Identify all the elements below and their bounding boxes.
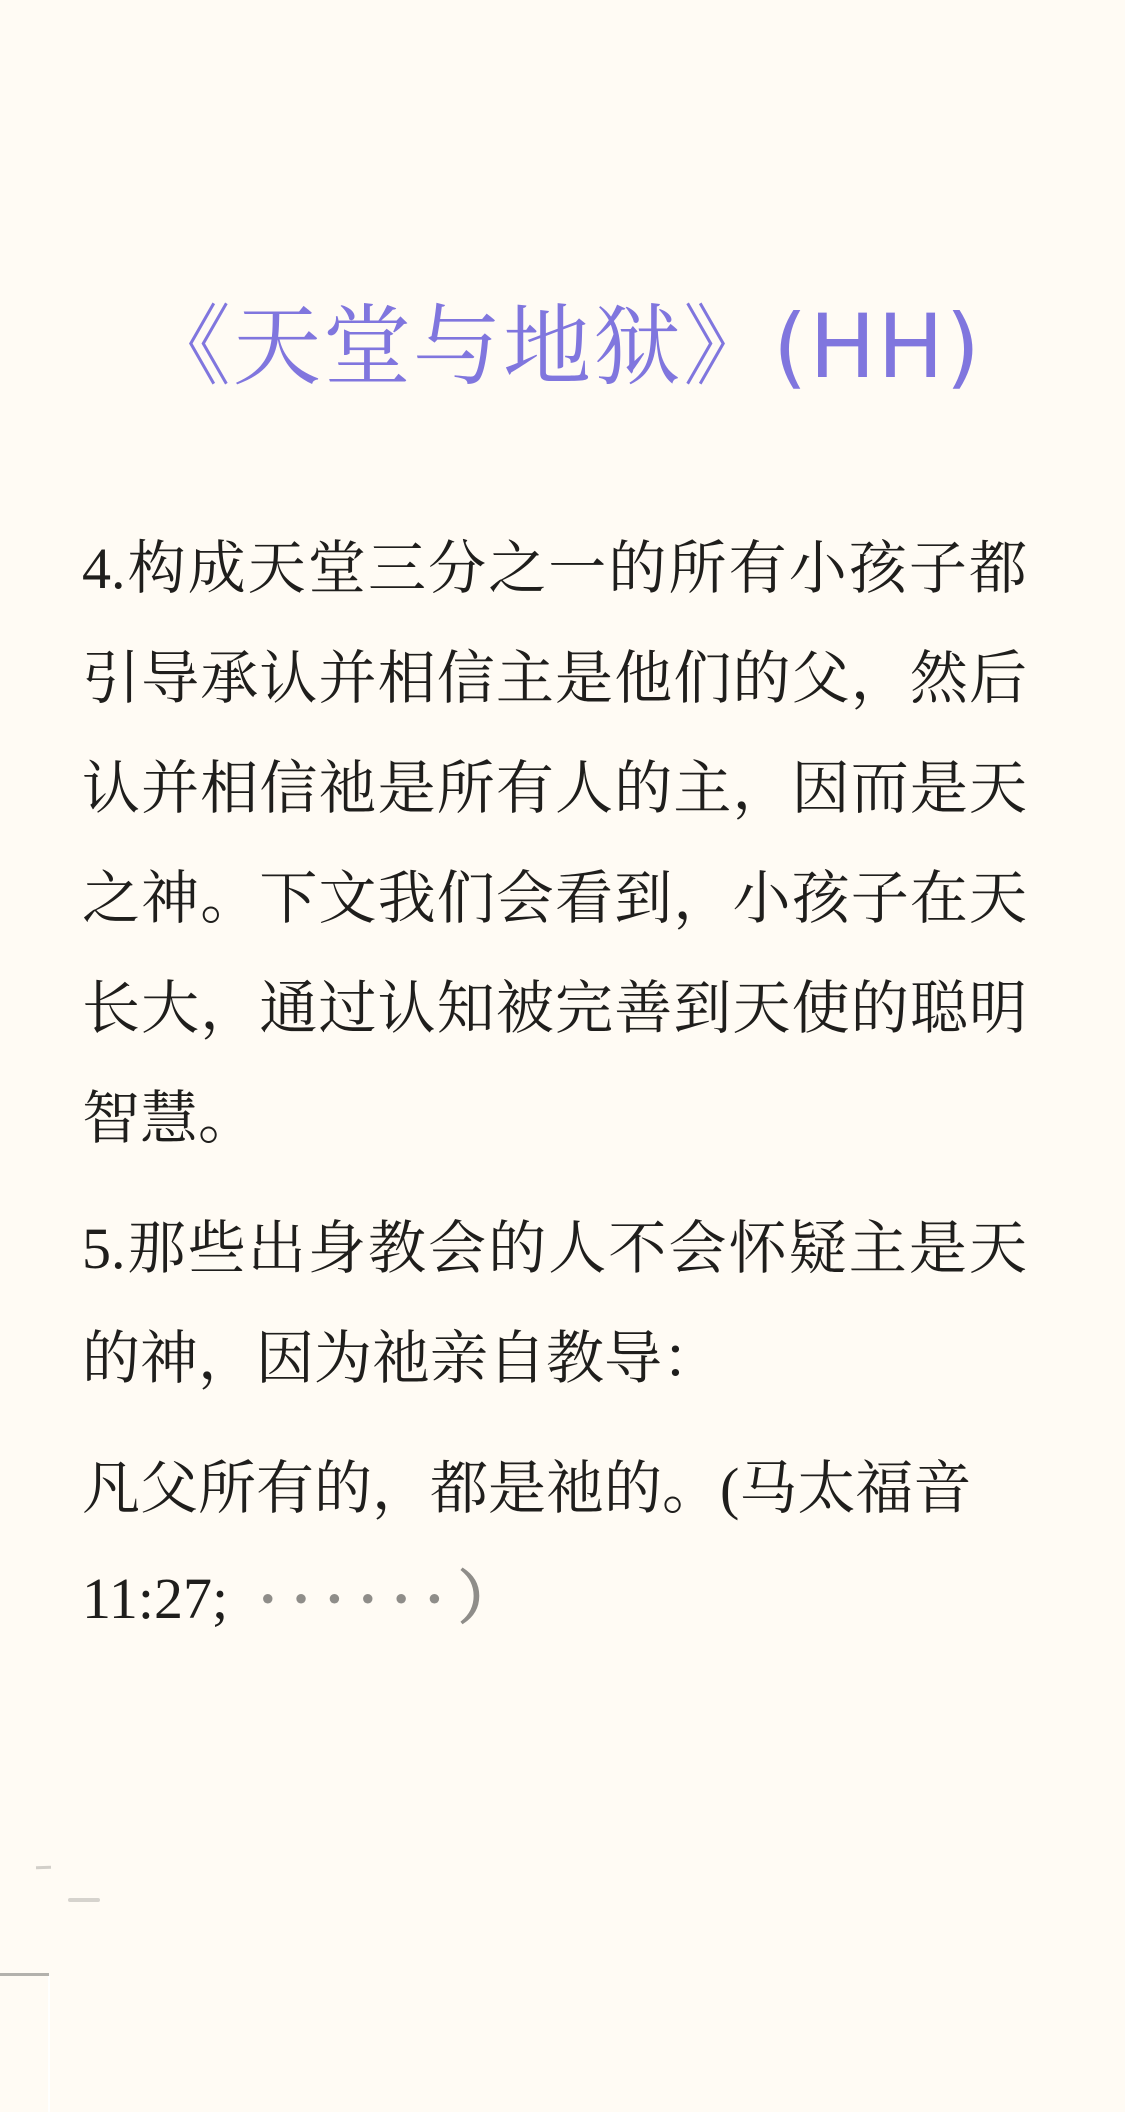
paragraph-4-line: 长大，通过认知被完善到天使的聪明和 <box>82 954 1027 1064</box>
quote-ellipsis: ······） <box>258 1566 530 1631</box>
quote-line: 凡父所有的，都是祂的。(马太福音 <box>82 1434 1027 1544</box>
quote-reference: 11:27; <box>82 1566 228 1631</box>
paragraph-4-line: 引导承认并相信主是他们的父，然后承 <box>82 624 1027 734</box>
quote-reference-line: 11:27;······） <box>82 1544 1027 1654</box>
paragraph-5: 5.那些出身教会的人不会怀疑主是天堂 的神，因为祂亲自教导： <box>82 1194 1027 1414</box>
body-text: 4.构成天堂三分之一的所有小孩子都被 引导承认并相信主是他们的父，然后承 认并相… <box>82 514 1027 1654</box>
scan-edge-line-artifact <box>0 1973 49 1976</box>
page-title: 《天堂与地狱》(HH) <box>0 290 1125 404</box>
scan-smudge-artifact <box>68 1898 100 1902</box>
paragraph-4-line: 4.构成天堂三分之一的所有小孩子都被 <box>82 514 1027 624</box>
paragraph-4: 4.构成天堂三分之一的所有小孩子都被 引导承认并相信主是他们的父，然后承 认并相… <box>82 514 1027 1174</box>
paragraph-4-line: 智慧。 <box>82 1064 1027 1174</box>
paragraph-4-line: 之神。下文我们会看到，小孩子在天堂 <box>82 844 1027 954</box>
document-page: 《天堂与地狱》(HH) 4.构成天堂三分之一的所有小孩子都被 引导承认并相信主是… <box>0 0 1125 2112</box>
paragraph-5-line: 5.那些出身教会的人不会怀疑主是天堂 <box>82 1194 1027 1304</box>
scripture-quote: 凡父所有的，都是祂的。(马太福音 11:27;······） <box>82 1434 1027 1654</box>
scan-crease-artifact <box>48 1976 50 2112</box>
paragraph-5-line: 的神，因为祂亲自教导： <box>82 1304 1027 1414</box>
scan-smudge-artifact <box>36 1866 51 1870</box>
paragraph-4-line: 认并相信祂是所有人的主，因而是天地 <box>82 734 1027 844</box>
